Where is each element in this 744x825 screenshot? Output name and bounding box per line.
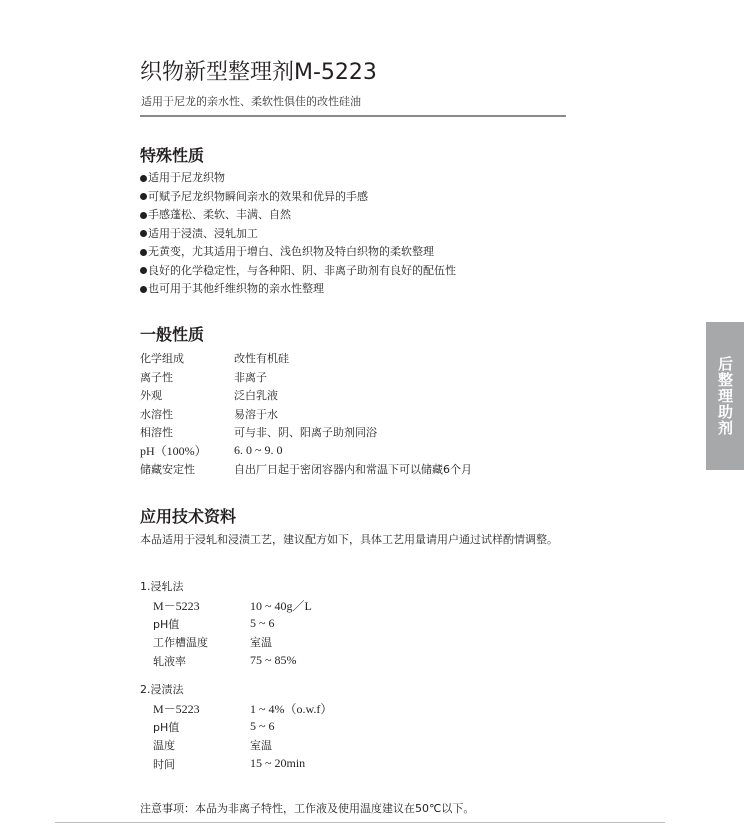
method-value: 15 ~ 20min <box>250 756 305 771</box>
method-value: 5 ~ 6 <box>250 719 275 734</box>
method-value: 5 ~ 6 <box>250 616 275 631</box>
property-value: 非离子 <box>234 369 267 385</box>
method-value: 75 ~ 85% <box>250 653 297 668</box>
bullet-icon <box>140 193 147 200</box>
bullet-icon <box>140 249 147 256</box>
general-properties-table: 化学组成改性有机硅 离子性非离子 外观泛白乳液 水溶性易溶于水 相溶性可与非、阴… <box>140 349 472 479</box>
method-key: pH值 <box>153 719 250 735</box>
header-divider <box>140 115 566 117</box>
property-key: 外观 <box>140 387 234 403</box>
property-key: 水溶性 <box>140 406 234 422</box>
category-side-tab: 后整理助剂 <box>706 322 744 470</box>
property-value: 6. 0 ~ 9. 0 <box>234 443 283 458</box>
list-item: 良好的化学稳定性，与各种阳、阴、非离子助剂有良好的配伍性 <box>140 262 456 281</box>
bullet-icon <box>140 175 147 182</box>
method-title-padding: 1.浸轧法 <box>140 579 184 595</box>
property-key: pH（100%） <box>140 442 234 459</box>
list-item: 可赋予尼龙织物瞬间亲水的效果和优异的手感 <box>140 188 456 207</box>
method-row: pH值5 ~ 6 <box>153 718 332 737</box>
method-row: 温度室温 <box>153 736 332 755</box>
list-item: 手感蓬松、柔软、丰满、自然 <box>140 206 456 225</box>
property-key: 离子性 <box>140 369 234 385</box>
property-value: 改性有机硅 <box>234 350 289 366</box>
property-row: 相溶性可与非、阴、阳离子助剂同浴 <box>140 423 472 442</box>
method-value: 10 ~ 40g／L <box>250 597 312 614</box>
list-item: 适用于浸渍、浸轧加工 <box>140 225 456 244</box>
bullet-icon <box>140 286 147 293</box>
property-value: 自出厂日起于密闭容器内和常温下可以储藏6个月 <box>234 461 472 477</box>
property-row: 外观泛白乳液 <box>140 386 472 405</box>
method-row: 工作槽温度室温 <box>153 633 312 652</box>
bullet-icon <box>140 212 147 219</box>
method-key: 工作槽温度 <box>153 634 250 650</box>
method-row: M－522310 ~ 40g／L <box>153 596 312 615</box>
property-row: 离子性非离子 <box>140 368 472 387</box>
list-item: 适用于尼龙织物 <box>140 169 456 188</box>
method-key: pH值 <box>153 616 250 632</box>
list-item: 无黄变，尤其适用于增白、浅色织物及特白织物的柔软整理 <box>140 243 456 262</box>
category-label: 后整理助剂 <box>716 356 734 436</box>
method-key: 温度 <box>153 737 250 753</box>
property-row: pH（100%）6. 0 ~ 9. 0 <box>140 442 472 461</box>
method-key: M－5223 <box>153 597 250 614</box>
product-datasheet-page: 织物新型整理剂M-5223 适用于尼龙的亲水性、柔软性俱佳的改性硅油 特殊性质 … <box>0 0 744 825</box>
method-row: 轧液率75 ~ 85% <box>153 652 312 671</box>
property-row: 水溶性易溶于水 <box>140 405 472 424</box>
caution-note: 注意事项：本品为非离子特性，工作液及使用温度建议在50℃以下。 <box>140 801 474 817</box>
product-subtitle: 适用于尼龙的亲水性、柔软性俱佳的改性硅油 <box>141 94 361 110</box>
property-key: 相溶性 <box>140 424 234 440</box>
footer-divider <box>55 822 665 823</box>
application-intro: 本品适用于浸轧和浸渍工艺，建议配方如下，具体工艺用量请用户通过试样酌情调整。 <box>140 531 570 549</box>
property-key: 化学组成 <box>140 350 234 366</box>
method-title-exhaust: 2.浸渍法 <box>140 682 184 698</box>
method-key: M－5223 <box>153 700 250 717</box>
property-value: 可与非、阴、阳离子助剂同浴 <box>234 424 377 440</box>
special-properties-heading: 特殊性质 <box>140 145 204 167</box>
method-key: 轧液率 <box>153 653 250 669</box>
general-properties-heading: 一般性质 <box>140 324 204 346</box>
property-row: 化学组成改性有机硅 <box>140 349 472 368</box>
method-value: 室温 <box>250 737 272 753</box>
product-title: 织物新型整理剂M-5223 <box>140 58 377 88</box>
method-key: 时间 <box>153 756 250 772</box>
list-item: 也可用于其他纤维织物的亲水性整理 <box>140 280 456 299</box>
bullet-icon <box>140 230 147 237</box>
method-row: M－52231 ~ 4%（o.w.f） <box>153 699 332 718</box>
special-properties-list: 适用于尼龙织物 可赋予尼龙织物瞬间亲水的效果和优异的手感 手感蓬松、柔软、丰满、… <box>140 169 456 299</box>
method-value: 1 ~ 4%（o.w.f） <box>250 700 332 717</box>
application-heading: 应用技术资料 <box>140 506 236 528</box>
padding-method-table: M－522310 ~ 40g／L pH值5 ~ 6 工作槽温度室温 轧液率75 … <box>153 596 312 670</box>
property-value: 泛白乳液 <box>234 387 278 403</box>
bullet-icon <box>140 267 147 274</box>
property-value: 易溶于水 <box>234 406 278 422</box>
property-key: 储藏安定性 <box>140 461 234 477</box>
method-value: 室温 <box>250 634 272 650</box>
property-row: 储藏安定性自出厂日起于密闭容器内和常温下可以储藏6个月 <box>140 460 472 479</box>
method-row: pH值5 ~ 6 <box>153 615 312 634</box>
exhaust-method-table: M－52231 ~ 4%（o.w.f） pH值5 ~ 6 温度室温 时间15 ~… <box>153 699 332 773</box>
method-row: 时间15 ~ 20min <box>153 755 332 774</box>
